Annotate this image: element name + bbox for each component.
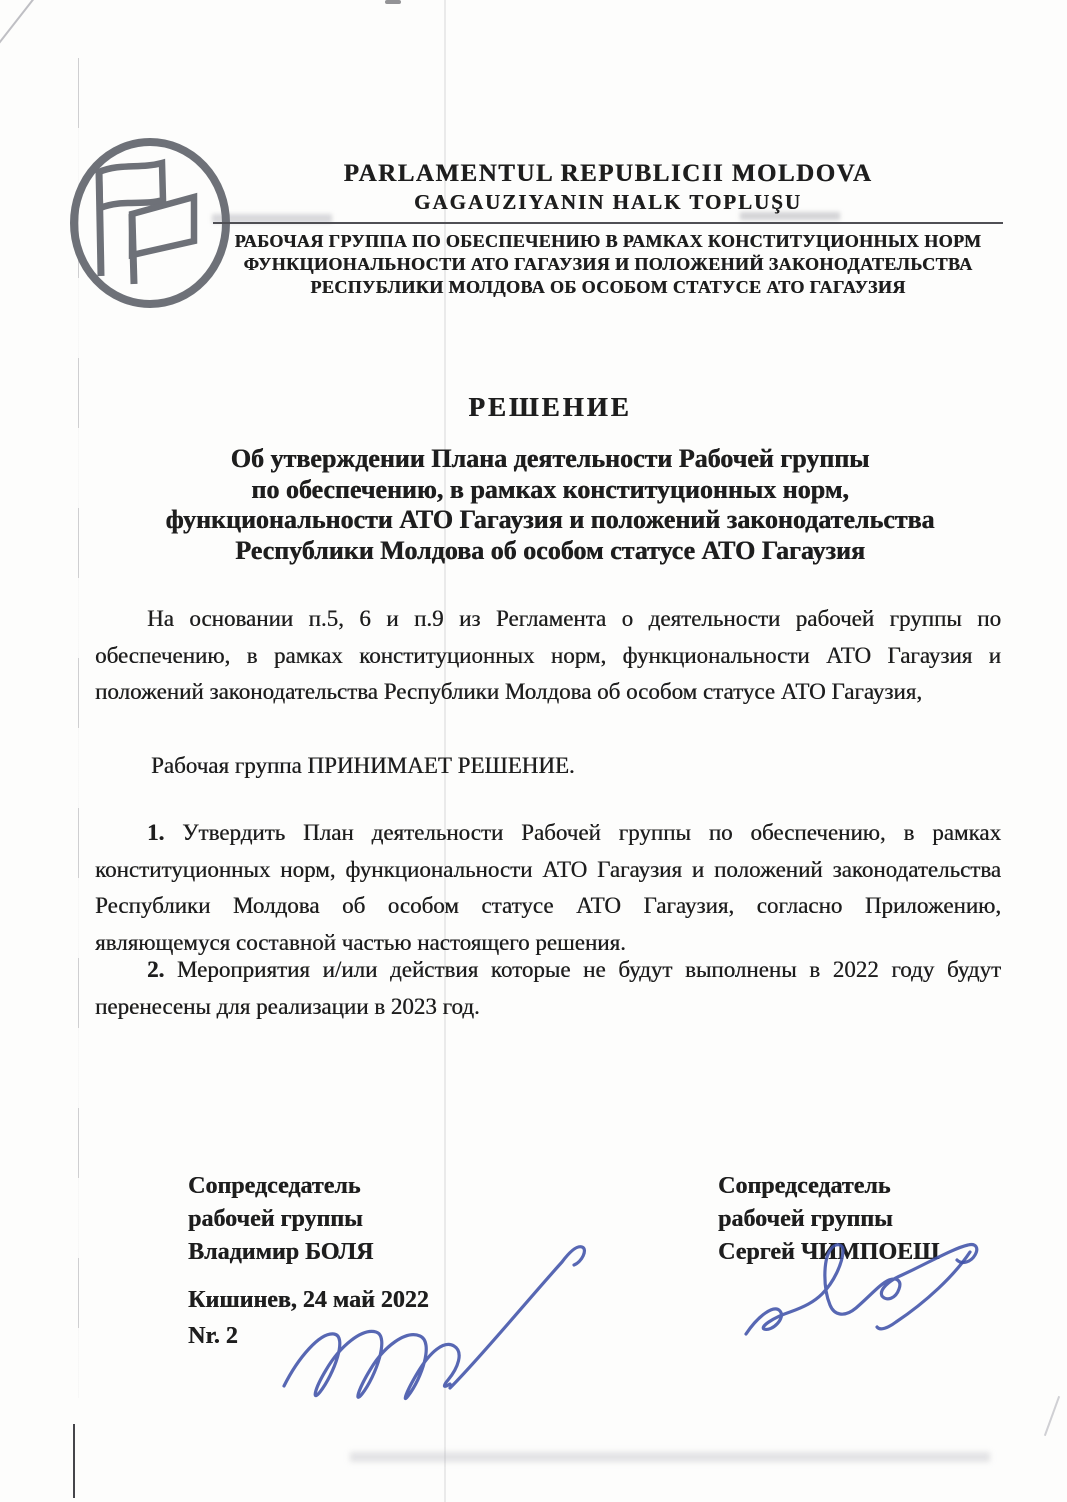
- decision-title-line: Республики Молдова об особом статусе АТО…: [80, 536, 1020, 567]
- workgroup-title-line: РАБОЧАЯ ГРУППА ПО ОБЕСПЕЧЕНИЮ В РАМКАХ К…: [213, 230, 1003, 253]
- cochair-name: Сергей ЧИМПОЕШ: [718, 1236, 939, 1269]
- resolution-intro-line: Рабочая группа ПРИНИМАЕТ РЕШЕНИЕ.: [95, 748, 1001, 785]
- document-type-title: РЕШЕНИЕ: [80, 392, 1020, 423]
- org-name-secondary: GAGAUZIYANIN HALK TOPLUŞU: [213, 190, 1003, 215]
- header-divider: [213, 222, 1003, 224]
- scan-mark-bottom-right: [1044, 1396, 1060, 1436]
- decision-title-line: Об утверждении Плана деятельности Рабоче…: [80, 444, 1020, 475]
- org-name-primary: PARLAMENTUL REPUBLICII MOLDOVA: [213, 160, 1003, 188]
- item-number: 1.: [147, 820, 164, 845]
- decision-item-2: 2. Мероприятия и/или действия которые не…: [95, 952, 1001, 1025]
- decision-heading: РЕШЕНИЕ Об утверждении Плана деятельност…: [80, 392, 1020, 566]
- preamble-paragraph: На основании п.5, 6 и п.9 из Регламента …: [95, 601, 1001, 711]
- cochair-block-left: Сопредседатель рабочей группы Владимир Б…: [188, 1170, 373, 1269]
- cochair-role-line: рабочей группы: [188, 1203, 373, 1236]
- decision-title: Об утверждении Плана деятельности Рабоче…: [80, 444, 1020, 566]
- cochair-role-line: рабочей группы: [718, 1203, 939, 1236]
- decision-item-1: 1. Утвердить План деятельности Рабочей г…: [95, 815, 1001, 961]
- document-number: Nr. 2: [188, 1318, 429, 1354]
- workgroup-title-line: ФУНКЦИОНАЛЬНОСТИ АТО ГАГАУЗИЯ И ПОЛОЖЕНИ…: [213, 253, 1003, 276]
- decision-title-line: функциональности АТО Гагаузия и положени…: [80, 505, 1020, 536]
- workgroup-title: РАБОЧАЯ ГРУППА ПО ОБЕСПЕЧЕНИЮ В РАМКАХ К…: [213, 230, 1003, 299]
- scan-streak-top-left: [0, 0, 35, 48]
- item-text: Утвердить План деятельности Рабочей груп…: [95, 820, 1001, 955]
- cochair-name: Владимир БОЛЯ: [188, 1236, 373, 1269]
- item-text: Мероприятия и/или действия которые не бу…: [95, 957, 1001, 1019]
- scan-smudge-bottom: [350, 1452, 990, 1462]
- document-header: PARLAMENTUL REPUBLICII MOLDOVA GAGAUZIYA…: [213, 160, 1003, 299]
- cochair-role-line: Сопредседатель: [188, 1170, 373, 1203]
- scan-edge-mark-bottom-left: [73, 1424, 75, 1498]
- item-number: 2.: [147, 957, 164, 982]
- scanned-decision-document: PARLAMENTUL REPUBLICII MOLDOVA GAGAUZIYA…: [0, 0, 1067, 1502]
- workgroup-title-line: РЕСПУБЛИКИ МОЛДОВА ОБ ОСОБОМ СТАТУСЕ АТО…: [213, 276, 1003, 299]
- place-date: Кишинев, 24 май 2022: [188, 1282, 429, 1318]
- cochair-role-line: Сопредседатель: [718, 1170, 939, 1203]
- parliament-two-flags-logo-icon: [68, 138, 234, 310]
- place-date-block: Кишинев, 24 май 2022 Nr. 2: [188, 1282, 429, 1354]
- decision-title-line: по обеспечению, в рамках конституционных…: [80, 475, 1020, 506]
- scan-mark-top: [385, 0, 401, 4]
- cochair-block-right: Сопредседатель рабочей группы Сергей ЧИМ…: [718, 1170, 939, 1269]
